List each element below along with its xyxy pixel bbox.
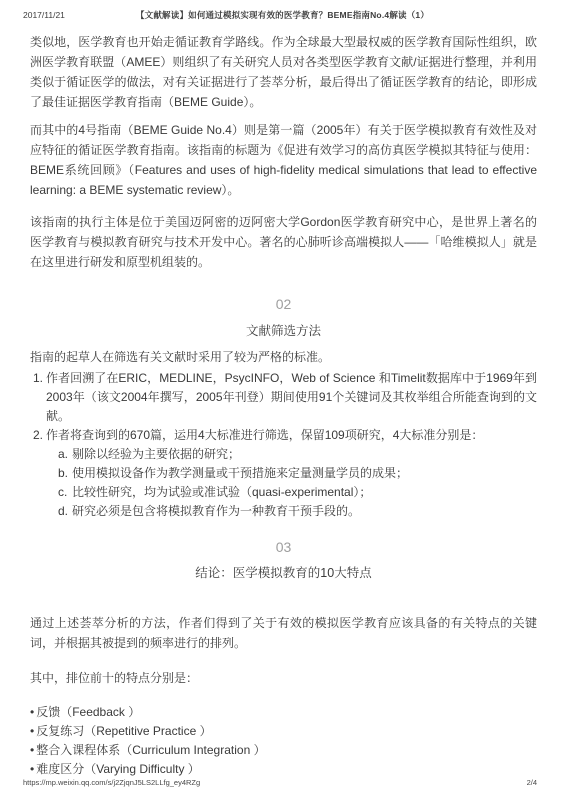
- feature-bullet: 整合入课程体系（Curriculum Integration ）: [30, 741, 537, 760]
- criteria-item: a. 剔除以经验为主要依据的研究；: [58, 445, 537, 464]
- criteria-item: b. 使用模拟设备作为教学测量或干预措施来定量测量学员的成果；: [58, 464, 537, 483]
- list-item-text: 作者将查询到的670篇，运用4大标准进行筛选，保留109项研究，4大标准分别是：: [46, 426, 537, 445]
- section-lead-paragraph: 指南的起草人在筛选有关文献时采用了较为严格的标准。: [30, 347, 537, 367]
- list-marker: 2.: [33, 426, 46, 445]
- body-paragraph: 通过上述荟萃分析的方法，作者们得到了关于有效的模拟医学教育应该具备的有关特点的关…: [30, 613, 537, 653]
- section-number: 03: [30, 537, 537, 557]
- criteria-marker: b.: [58, 464, 72, 483]
- print-footer: https://mp.weixin.qq.com/s/j2ZjqnJ5LS2LL…: [23, 778, 537, 787]
- criteria-item: c. 比较性研究，均为试验或准试验（quasi-experimental）；: [58, 483, 537, 502]
- article-body: 类似地，医学教育也开始走循证教育学路线。作为全球最大型最权威的医学教育国际性组织…: [0, 32, 565, 779]
- feature-bullet: 难度区分（Varying Difficulty ）: [30, 760, 537, 779]
- intro-paragraph: 而其中的4号指南（BEME Guide No.4）则是第一篇（2005年）有关于…: [30, 120, 537, 200]
- article-title: 【文献解读】如何通过模拟实现有效的医学教育？BEME指南No.4解读（1）: [0, 9, 565, 21]
- criteria-marker: d.: [58, 502, 72, 521]
- intro-paragraph: 该指南的执行主体是位于美国迈阿密的迈阿密大学Gordon医学教育研究中心，是世界…: [30, 212, 537, 272]
- section-title: 结论：医学模拟教育的10大特点: [30, 563, 537, 583]
- ordered-list: 1. 作者回溯了在ERIC，MEDLINE，PsycINFO，Web of Sc…: [30, 369, 537, 521]
- criteria-text: 剔除以经验为主要依据的研究；: [72, 445, 537, 464]
- print-date: 2017/11/21: [23, 10, 65, 20]
- criteria-sublist: a. 剔除以经验为主要依据的研究； b. 使用模拟设备作为教学测量或干预措施来定…: [58, 445, 537, 521]
- criteria-marker: a.: [58, 445, 72, 464]
- criteria-text: 使用模拟设备作为教学测量或干预措施来定量测量学员的成果；: [72, 464, 537, 483]
- body-paragraph: 其中，排位前十的特点分别是：: [30, 668, 537, 688]
- print-header: 2017/11/21 【文献解读】如何通过模拟实现有效的医学教育？BEME指南N…: [0, 9, 565, 22]
- list-item: 2. 作者将查询到的670篇，运用4大标准进行筛选，保留109项研究，4大标准分…: [30, 426, 537, 445]
- list-item-text: 作者回溯了在ERIC，MEDLINE，PsycINFO，Web of Scien…: [46, 369, 537, 426]
- intro-paragraph: 类似地，医学教育也开始走循证教育学路线。作为全球最大型最权威的医学教育国际性组织…: [30, 32, 537, 112]
- footer-url: https://mp.weixin.qq.com/s/j2ZjqnJ5LS2LL…: [23, 778, 200, 787]
- section-number: 02: [30, 294, 537, 314]
- feature-bullet-list: 反馈（Feedback ） 反复练习（Repetitive Practice ）…: [30, 703, 537, 779]
- page-indicator: 2/4: [527, 778, 537, 787]
- feature-bullet: 反馈（Feedback ）: [30, 703, 537, 722]
- list-item: 1. 作者回溯了在ERIC，MEDLINE，PsycINFO，Web of Sc…: [30, 369, 537, 426]
- list-marker: 1.: [33, 369, 46, 426]
- section-title: 文献筛选方法: [30, 321, 537, 341]
- criteria-text: 研究必须是包含将模拟教育作为一种教育干预手段的。: [72, 502, 537, 521]
- criteria-item: d. 研究必须是包含将模拟教育作为一种教育干预手段的。: [58, 502, 537, 521]
- feature-bullet: 反复练习（Repetitive Practice ）: [30, 722, 537, 741]
- criteria-marker: c.: [58, 483, 72, 502]
- criteria-text: 比较性研究，均为试验或准试验（quasi-experimental）；: [72, 483, 537, 502]
